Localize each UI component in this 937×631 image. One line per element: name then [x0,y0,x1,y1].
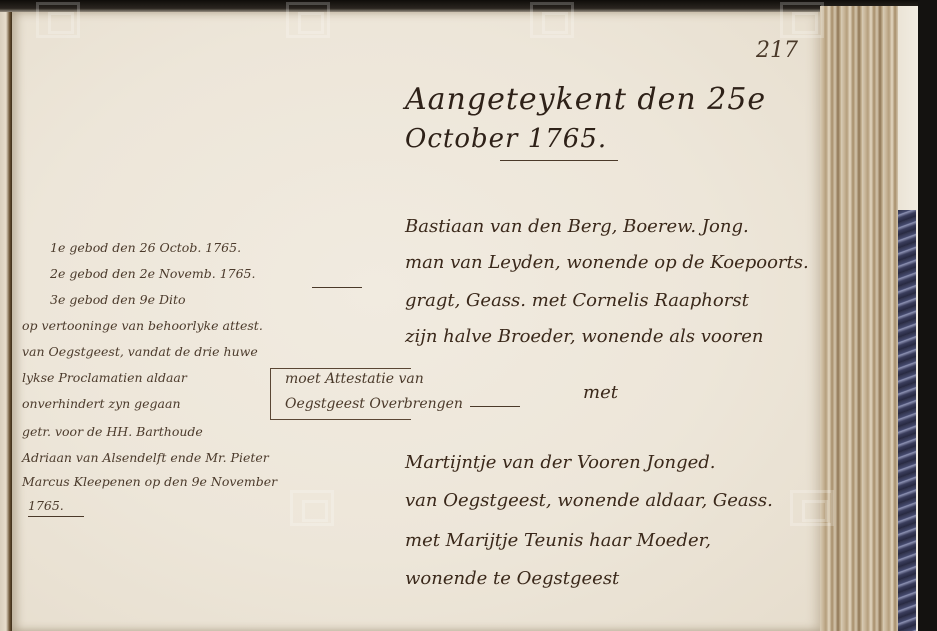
margin-line-3: 3e gebod den 9e Dito [50,292,186,307]
bride-line-2: van Oegstgeest, wonende aldaar, Geass. [405,490,773,511]
previous-page-edge [0,12,12,631]
conjunction-met: met [583,382,618,403]
archive-watermark-icon [790,490,834,526]
heading-underline [500,160,618,161]
margin-closing-underline [28,516,84,517]
bride-line-1: Martijntje van der Vooren Jonged. [405,452,716,473]
archive-watermark-icon [530,2,574,38]
bride-line-4: wonende te Oegstgeest [405,568,619,589]
margin-line-10: Marcus Kleepenen op den 9e November [22,474,277,489]
margin-line-6: lykse Proclamatien aldaar [22,370,187,385]
margin-line-1: 1e gebod den 26 Octob. 1765. [50,240,241,255]
margin-underline [312,287,362,288]
margin-line-4: op vertooninge van behoorlyke attest. [22,318,263,333]
boxed-note-line-1: moet Attestatie van [285,371,424,387]
margin-line-11: 1765. [28,498,64,513]
groom-line-2: man van Leyden, wonende op de Koepoorts. [405,252,809,273]
groom-line-3: gragt, Geass. met Cornelis Raaphorst [405,290,749,311]
archive-watermark-icon [290,490,334,526]
margin-line-2: 2e gebod den 2e Novemb. 1765. [50,266,255,281]
entry-date-heading-line1: Aangeteykent den 25e [405,82,766,117]
boxed-note-line-2: Oegstgeest Overbrengen [285,396,463,412]
margin-line-5: van Oegstgeest, vandat de drie huwe [22,344,258,359]
groom-line-4: zijn halve Broeder, wonende als vooren [405,326,763,347]
entry-date-heading-line2: October 1765. [405,124,607,154]
archive-watermark-icon [286,2,330,38]
bride-line-3: met Marijtje Teunis haar Moeder, [405,530,711,551]
scan-backdrop [918,0,937,631]
margin-line-7: onverhindert zyn gegaan [22,396,181,411]
page-number: 217 [756,38,798,63]
scanned-book-spread: 217 Aangeteykent den 25e October 1765. B… [0,0,937,631]
margin-line-9: Adriaan van Alsendelft ende Mr. Pieter [22,450,269,465]
marbled-cover [898,210,916,631]
archive-watermark-icon [780,2,824,38]
boxed-note-trailing-stroke [470,406,520,407]
groom-line-1: Bastiaan van den Berg, Boerew. Jong. [405,216,749,237]
archive-watermark-icon [36,2,80,38]
margin-line-8: getr. voor de HH. Barthoude [22,424,203,439]
